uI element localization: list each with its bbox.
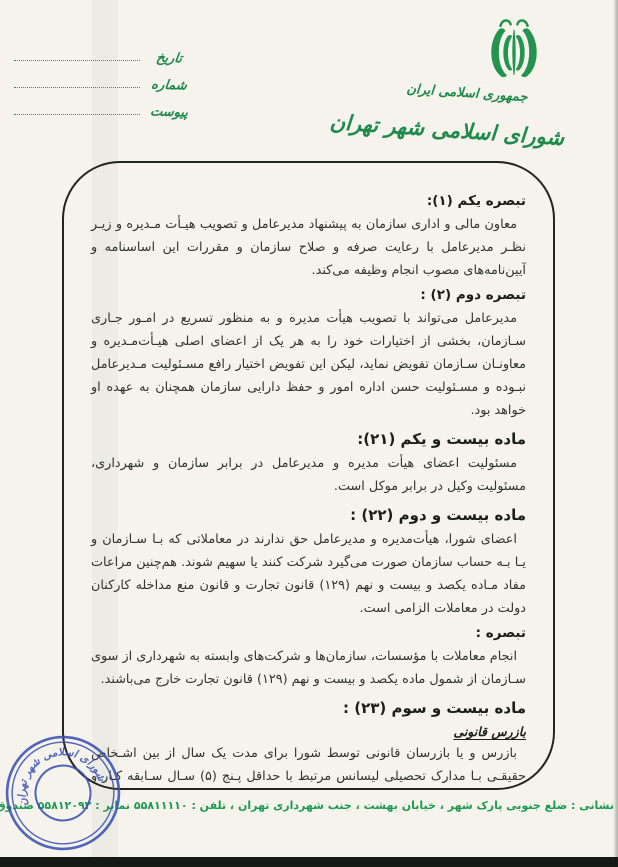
section-heading: تبصره : (91, 622, 526, 645)
section-heading: بازرس قانونی (91, 721, 526, 742)
scan-bottom-band (0, 857, 618, 867)
body-paragraph: اعضای شورا، هیأت‌مدیره و مدیرعامل حق ندا… (91, 528, 526, 620)
section-heading: تبصره دوم (۲) : (91, 284, 526, 307)
body-paragraph: معاون مالی و اداری سازمان به پیشنهاد مدی… (91, 213, 526, 282)
republic-title: جمهوری اسلامی ایران (372, 79, 563, 107)
stamp-text: شورای اسلامی شهر تهران (3, 733, 109, 810)
body-paragraph: مسئولیت اعضای هیأت مدیره و مدیرعامل در ب… (91, 452, 526, 498)
document-frame: تبصره یکم (۱):معاون مالی و اداری سازمان … (62, 161, 555, 790)
scan-right-edge-shadow (613, 0, 618, 867)
attachment-field-row: پیوست (14, 94, 190, 121)
section-heading: تبصره یکم (۱): (91, 190, 526, 213)
attachment-dotted-line (14, 114, 140, 115)
section-heading: ماده بیست و سوم (۲۳) : (91, 696, 526, 721)
svg-text:شورای اسلامی شهر تهران: شورای اسلامی شهر تهران (3, 733, 109, 810)
scanned-letter-page: جمهوری اسلامی ایران شورای اسلامی شهر تهر… (0, 0, 618, 867)
body-paragraph: مدیرعامل می‌تواند با تصویب هیأت مدیره و … (91, 307, 526, 422)
body-paragraph: انجام معاملات با مؤسسات، سازمان‌ها و شرک… (91, 645, 526, 691)
date-dotted-line (14, 60, 140, 61)
attachment-label: پیوست (147, 104, 191, 121)
body-paragraph: بازرس و یا بازرسان قانونی توسط شورا برای… (91, 742, 526, 790)
number-field-row: شماره (14, 67, 190, 94)
meta-fields: تاریخ شماره پیوست (14, 40, 190, 121)
number-label: شماره (147, 77, 191, 94)
council-title: شورای اسلامی شهر تهران (321, 109, 572, 150)
iran-national-emblem-icon (485, 16, 543, 80)
number-dotted-line (14, 87, 140, 88)
document-body: تبصره یکم (۱):معاون مالی و اداری سازمان … (91, 190, 526, 790)
section-heading: ماده بیست و یکم (۲۱): (91, 427, 526, 452)
date-label: تاریخ (147, 50, 191, 67)
date-field-row: تاریخ (14, 40, 190, 67)
section-heading: ماده بیست و دوم (۲۲) : (91, 503, 526, 528)
